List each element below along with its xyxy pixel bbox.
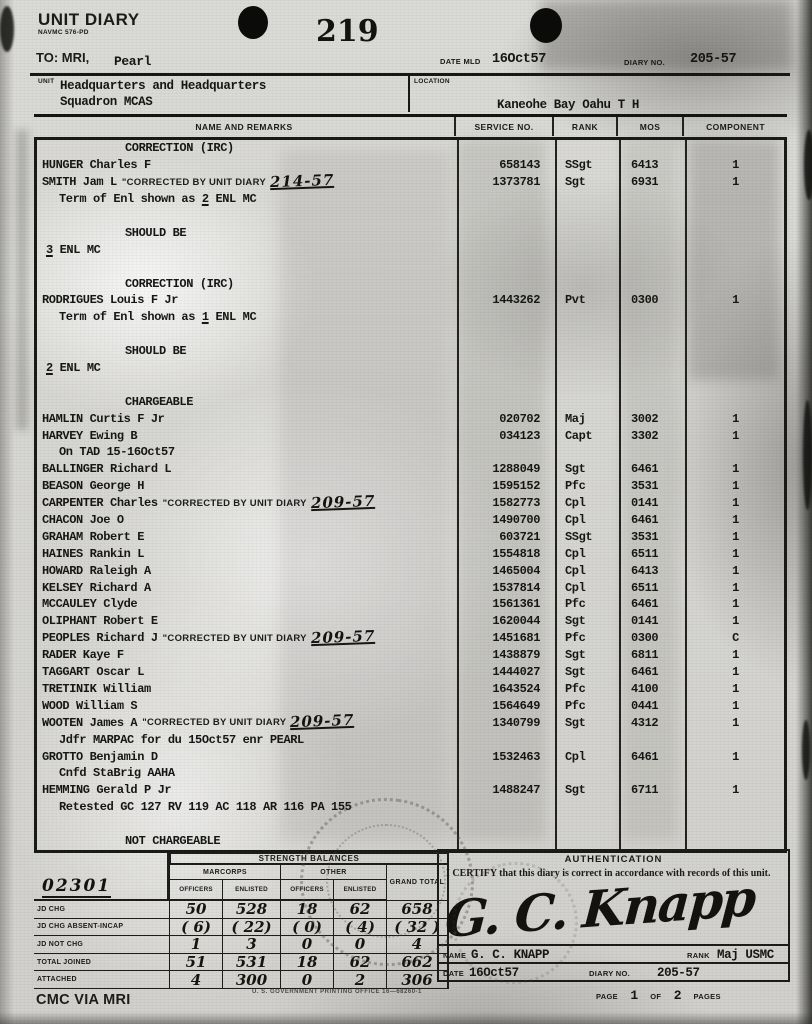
rank-cell: [555, 799, 619, 816]
component-cell: [685, 309, 784, 326]
scan-artifact: [804, 130, 812, 200]
roster-row: Term of Enl shown as 2 ENL MC: [37, 191, 784, 208]
component-cell: [685, 816, 784, 833]
rank-cell: SSgt: [555, 528, 619, 545]
component-cell: [685, 208, 784, 225]
strength-value: ( 4): [333, 919, 386, 937]
strength-value: 528: [222, 901, 280, 919]
roster-row: Retested GC 127 RV 119 AC 118 AR 116 PA …: [37, 799, 784, 816]
mos-cell: 6711: [619, 782, 685, 799]
corrected-diary-number: 214-57: [270, 175, 335, 190]
date-mld-value: 16Oct57: [492, 52, 546, 67]
mos-cell: 3531: [619, 478, 685, 495]
rank-cell: Cpl: [555, 495, 619, 512]
roster-row: HAMLIN Curtis F Jr020702Maj30021: [37, 410, 784, 427]
unit-name-line1: Headquarters and Headquarters: [60, 79, 266, 93]
component-cell: [685, 799, 784, 816]
component-cell: [685, 731, 784, 748]
mos-cell: [619, 326, 685, 343]
rank-cell: Pfc: [555, 681, 619, 698]
name-cell: CORRECTION (IRC): [37, 275, 457, 292]
roster-row: [37, 376, 784, 393]
roster-table: CORRECTION (IRC)HUNGER Charles F658143SS…: [34, 137, 787, 853]
service-no-cell: [457, 224, 555, 241]
component-cell: [685, 224, 784, 241]
component-cell: 1: [685, 579, 784, 596]
name-cell: WOOD William S: [37, 697, 457, 714]
rank-cell: Cpl: [555, 545, 619, 562]
rank-cell: Pfc: [555, 596, 619, 613]
mos-cell: [619, 833, 685, 850]
component-cell: 1: [685, 410, 784, 427]
rank-cell: [555, 309, 619, 326]
scan-artifact: [802, 720, 810, 780]
mos-cell: 0141: [619, 495, 685, 512]
component-cell: C: [685, 630, 784, 647]
component-cell: [685, 275, 784, 292]
service-no-cell: [457, 816, 555, 833]
roster-row: HOWARD Raleigh A1465004Cpl64131: [37, 562, 784, 579]
strength-value: 4: [169, 971, 222, 989]
service-no-cell: 1438879: [457, 647, 555, 664]
strength-row-label: ATTACHED: [34, 971, 169, 989]
name-cell: TAGGART Oscar L: [37, 664, 457, 681]
service-no-cell: 1340799: [457, 714, 555, 731]
name-cell: [37, 208, 457, 225]
service-no-cell: 1490700: [457, 512, 555, 529]
name-cell: CHACON Joe O: [37, 512, 457, 529]
mos-cell: 0141: [619, 613, 685, 630]
component-cell: [685, 191, 784, 208]
service-no-cell: [457, 444, 555, 461]
rank-cell: [555, 833, 619, 850]
mos-cell: 3302: [619, 427, 685, 444]
component-cell: 1: [685, 596, 784, 613]
mos-cell: [619, 224, 685, 241]
auth-title: AUTHENTICATION: [439, 854, 788, 865]
strength-value: 50: [169, 901, 222, 919]
of-label: OF: [650, 992, 661, 1001]
roster-row: HARVEY Ewing B034123Capt33021: [37, 427, 784, 444]
to-label: TO: MRI,: [36, 50, 89, 65]
mos-cell: [619, 393, 685, 410]
roster-row: CHACON Joe O1490700Cpl64611: [37, 512, 784, 529]
mos-cell: 6461: [619, 664, 685, 681]
roster-row: BEASON George H1595152Pfc35311: [37, 478, 784, 495]
pages-label: PAGES: [694, 992, 721, 1001]
service-no-cell: [457, 765, 555, 782]
group-header-other: OTHER: [280, 865, 386, 880]
component-cell: 1: [685, 647, 784, 664]
rank-cell: Sgt: [555, 613, 619, 630]
mos-cell: 6461: [619, 512, 685, 529]
name-cell: Term of Enl shown as 1 ENL MC: [37, 309, 457, 326]
rank-cell: Sgt: [555, 664, 619, 681]
service-no-cell: 1564649: [457, 697, 555, 714]
roster-row: CORRECTION (IRC): [37, 140, 784, 157]
col-header-name: NAME AND REMARKS: [34, 117, 454, 136]
roster-row: SHOULD BE: [37, 224, 784, 241]
mos-cell: 6511: [619, 579, 685, 596]
diary-no-value: 205-57: [690, 52, 736, 67]
form-title: UNIT DIARY: [38, 10, 140, 30]
component-cell: [685, 258, 784, 275]
mos-cell: [619, 799, 685, 816]
name-cell: HUNGER Charles F: [37, 157, 457, 174]
name-cell: HARVEY Ewing B: [37, 427, 457, 444]
rank-cell: [555, 393, 619, 410]
scan-artifact: [0, 6, 14, 52]
strength-value: 62: [333, 901, 386, 919]
service-no-cell: [457, 799, 555, 816]
date-mld-label: DATE MLD: [440, 57, 481, 66]
strength-row-label: JD CHG ABSENT-INCAP: [34, 919, 169, 937]
service-no-cell: 020702: [457, 410, 555, 427]
mos-cell: 6811: [619, 647, 685, 664]
service-no-cell: 1561361: [457, 596, 555, 613]
name-cell: WOOTEN James A"CORRECTED BY UNIT DIARY20…: [37, 714, 457, 731]
rank-cell: Cpl: [555, 562, 619, 579]
component-cell: 1: [685, 157, 784, 174]
strength-row-label: JD NOT CHG: [34, 936, 169, 954]
scan-artifact: [16, 130, 28, 430]
service-no-cell: [457, 393, 555, 410]
rank-cell: [555, 376, 619, 393]
name-cell: NOT CHARGEABLE: [37, 833, 457, 850]
strength-value: ( 6): [169, 919, 222, 937]
roster-row: [37, 258, 784, 275]
col-header-enlisted: ENLISTED: [222, 880, 280, 901]
mos-cell: 6461: [619, 748, 685, 765]
roster-row: WOOD William S1564649Pfc04411: [37, 697, 784, 714]
component-cell: 1: [685, 613, 784, 630]
name-cell: RADER Kaye F: [37, 647, 457, 664]
rank-cell: [555, 241, 619, 258]
diary-no-label: DIARY NO.: [624, 58, 665, 67]
name-cell: MCCAULEY Clyde: [37, 596, 457, 613]
corrected-stamp: "CORRECTED BY UNIT DIARY: [122, 177, 266, 188]
name-cell: HAINES Rankin L: [37, 545, 457, 562]
strength-value: ( 0): [280, 919, 333, 937]
strength-value: ( 22): [222, 919, 280, 937]
cmc-routing: CMC VIA MRI: [36, 992, 131, 1008]
corrected-stamp: "CORRECTED BY UNIT DIARY: [142, 717, 286, 728]
auth-diary-no-value: 205-57: [657, 966, 700, 980]
col-header-component: COMPONENT: [682, 117, 787, 136]
corrected-diary-number: 209-57: [311, 496, 376, 511]
rank-cell: Maj: [555, 410, 619, 427]
rank-cell: Sgt: [555, 714, 619, 731]
rank-cell: [555, 224, 619, 241]
service-no-cell: [457, 191, 555, 208]
strength-value: 0: [280, 936, 333, 954]
col-header-enlisted: ENLISTED: [333, 880, 386, 901]
col-header-officers: OFFICERS: [169, 880, 222, 901]
roster-row: SHOULD BE: [37, 343, 784, 360]
signature: G. C. Knapp: [443, 868, 756, 950]
component-cell: 1: [685, 664, 784, 681]
rank-cell: [555, 208, 619, 225]
rank-cell: [555, 275, 619, 292]
service-no-cell: 1620044: [457, 613, 555, 630]
service-no-cell: 1451681: [457, 630, 555, 647]
strength-value: 531: [222, 954, 280, 972]
mos-cell: [619, 360, 685, 377]
roster-row: BALLINGER Richard L1288049Sgt64611: [37, 461, 784, 478]
name-label: NAME: [443, 951, 466, 960]
service-no-cell: 658143: [457, 157, 555, 174]
roster-row: TRETINIK William1643524Pfc41001: [37, 681, 784, 698]
name-cell: [37, 326, 457, 343]
group-header-marcorps: MARCORPS: [169, 865, 280, 880]
mos-cell: 6931: [619, 174, 685, 191]
name-cell: [37, 258, 457, 275]
roster-row: SMITH Jam L"CORRECTED BY UNIT DIARY214-5…: [37, 174, 784, 191]
roster-row: CORRECTION (IRC): [37, 275, 784, 292]
service-no-cell: [457, 376, 555, 393]
mos-cell: 6511: [619, 545, 685, 562]
rank-cell: [555, 140, 619, 157]
roster-row: RADER Kaye F1438879Sgt68111: [37, 647, 784, 664]
roster-row: Term of Enl shown as 1 ENL MC: [37, 309, 784, 326]
page-number-stamp: 219: [316, 14, 379, 49]
roster-row: [37, 816, 784, 833]
authentication-box: AUTHENTICATION I CERTIFY that this diary…: [437, 849, 790, 982]
rank-cell: Sgt: [555, 782, 619, 799]
auth-diary-no-label: DIARY NO.: [589, 969, 630, 978]
rank-cell: Capt: [555, 427, 619, 444]
service-no-cell: 1443262: [457, 292, 555, 309]
location-label: LOCATION: [414, 78, 450, 85]
component-cell: 1: [685, 748, 784, 765]
location-value: Kaneohe Bay Oahu T H: [497, 98, 639, 112]
name-cell: BEASON George H: [37, 478, 457, 495]
roster-row: GROTTO Benjamin D1532463Cpl64611: [37, 748, 784, 765]
service-no-cell: [457, 258, 555, 275]
mos-cell: [619, 258, 685, 275]
roster-row: PEOPLES Richard J"CORRECTED BY UNIT DIAR…: [37, 630, 784, 647]
rule: [30, 73, 790, 76]
roster-row: NOT CHARGEABLE: [37, 833, 784, 850]
auth-date-row: DATE 16Oct57 DIARY NO. 205-57: [439, 962, 788, 982]
strength-value: 18: [280, 954, 333, 972]
name-cell: [37, 816, 457, 833]
name-cell: Cnfd StaBrig AAHA: [37, 765, 457, 782]
service-no-cell: [457, 241, 555, 258]
gpo-imprint: U. S. GOVERNMENT PRINTING OFFICE 16—6826…: [252, 989, 422, 995]
unit-diary-form: UNIT DIARY NAVMC 576-PD 219 TO: MRI, Pea…: [0, 0, 812, 1024]
scan-artifact: [0, 1012, 812, 1024]
name-cell: OLIPHANT Robert E: [37, 613, 457, 630]
mos-cell: [619, 275, 685, 292]
rank-cell: Sgt: [555, 647, 619, 664]
mos-cell: 6413: [619, 562, 685, 579]
strength-value: 18: [280, 901, 333, 919]
component-cell: 1: [685, 461, 784, 478]
col-header-mos: MOS: [616, 117, 682, 136]
mos-cell: [619, 444, 685, 461]
service-no-cell: 1595152: [457, 478, 555, 495]
mos-cell: [619, 309, 685, 326]
name-cell: Jdfr MARPAC for du 15Oct57 enr PEARL: [37, 731, 457, 748]
rank-cell: Cpl: [555, 512, 619, 529]
mos-cell: [619, 208, 685, 225]
component-cell: [685, 393, 784, 410]
strength-value: 3: [222, 936, 280, 954]
name-cell: PEOPLES Richard J"CORRECTED BY UNIT DIAR…: [37, 630, 457, 647]
name-cell: KELSEY Richard A: [37, 579, 457, 596]
component-cell: [685, 376, 784, 393]
punch-hole-icon: [530, 8, 562, 43]
rule: [408, 76, 410, 112]
pages-total: 2: [674, 988, 681, 1003]
corrected-diary-number: 209-57: [290, 715, 355, 730]
roster-row: [37, 326, 784, 343]
strength-row-label: JD CHG: [34, 901, 169, 919]
service-no-cell: [457, 833, 555, 850]
strength-table: 02301 STRENGTH BALANCES MARCORPS OTHER G…: [34, 852, 449, 989]
form-number: NAVMC 576-PD: [38, 29, 89, 36]
service-no-cell: [457, 360, 555, 377]
rank-cell: [555, 731, 619, 748]
service-no-cell: 1554818: [457, 545, 555, 562]
mos-cell: [619, 816, 685, 833]
service-no-cell: 1582773: [457, 495, 555, 512]
service-no-cell: 1532463: [457, 748, 555, 765]
roster-row: OLIPHANT Robert E1620044Sgt01411: [37, 613, 784, 630]
corrected-diary-number: 209-57: [311, 631, 376, 646]
name-cell: SHOULD BE: [37, 343, 457, 360]
rank-value: Maj USMC: [717, 948, 774, 962]
mos-cell: 0441: [619, 697, 685, 714]
component-cell: 1: [685, 528, 784, 545]
name-cell: GROTTO Benjamin D: [37, 748, 457, 765]
rank-cell: [555, 343, 619, 360]
mos-cell: 0300: [619, 630, 685, 647]
service-no-cell: [457, 326, 555, 343]
name-value: G. C. KNAPP: [471, 948, 549, 962]
mos-cell: 3002: [619, 410, 685, 427]
service-no-cell: 603721: [457, 528, 555, 545]
date-label: DATE: [443, 969, 464, 978]
service-no-cell: [457, 309, 555, 326]
name-cell: GRAHAM Robert E: [37, 528, 457, 545]
col-header-officers: OFFICERS: [280, 880, 333, 901]
mos-cell: 6461: [619, 461, 685, 478]
service-no-cell: 1288049: [457, 461, 555, 478]
page-label: PAGE: [596, 992, 618, 1001]
mos-cell: [619, 140, 685, 157]
component-cell: 1: [685, 714, 784, 731]
roster-row: CARPENTER Charles"CORRECTED BY UNIT DIAR…: [37, 495, 784, 512]
component-cell: 1: [685, 681, 784, 698]
service-no-cell: [457, 731, 555, 748]
service-no-cell: [457, 140, 555, 157]
punch-hole-icon: [238, 6, 268, 39]
strength-value: 51: [169, 954, 222, 972]
corrected-stamp: "CORRECTED BY UNIT DIARY: [163, 633, 307, 644]
roster-row: [37, 208, 784, 225]
component-cell: [685, 833, 784, 850]
strength-value: 0: [333, 936, 386, 954]
name-cell: BALLINGER Richard L: [37, 461, 457, 478]
name-cell: RODRIGUES Louis F Jr: [37, 292, 457, 309]
corrected-stamp: "CORRECTED BY UNIT DIARY: [163, 498, 307, 509]
rank-cell: [555, 444, 619, 461]
roster-row: 2 ENL MC: [37, 360, 784, 377]
mos-cell: [619, 376, 685, 393]
component-cell: 1: [685, 495, 784, 512]
roster-row: HUNGER Charles F658143SSgt64131: [37, 157, 784, 174]
rank-cell: Pfc: [555, 630, 619, 647]
name-cell: CHARGEABLE: [37, 393, 457, 410]
service-no-cell: 1465004: [457, 562, 555, 579]
rank-cell: [555, 360, 619, 377]
component-cell: 1: [685, 545, 784, 562]
unit-label: UNIT: [38, 78, 54, 85]
roster-row: HEMMING Gerald P Jr1488247Sgt67111: [37, 782, 784, 799]
component-cell: 1: [685, 174, 784, 191]
roster-row: GRAHAM Robert E603721SSgt35311: [37, 528, 784, 545]
service-no-cell: [457, 208, 555, 225]
component-cell: 1: [685, 782, 784, 799]
rank-cell: [555, 816, 619, 833]
mos-cell: 6461: [619, 596, 685, 613]
roster-row: 3 ENL MC: [37, 241, 784, 258]
service-no-cell: 034123: [457, 427, 555, 444]
rank-cell: Pfc: [555, 478, 619, 495]
component-cell: [685, 765, 784, 782]
mos-cell: 3531: [619, 528, 685, 545]
name-cell: Retested GC 127 RV 119 AC 118 AR 116 PA …: [37, 799, 457, 816]
component-cell: 1: [685, 292, 784, 309]
rank-cell: [555, 258, 619, 275]
name-cell: SMITH Jam L"CORRECTED BY UNIT DIARY214-5…: [37, 174, 457, 191]
auth-name-row: NAME G. C. KNAPP RANK Maj USMC: [439, 944, 788, 964]
strength-value: 300: [222, 971, 280, 989]
roster-header-row: NAME AND REMARKS SERVICE NO. RANK MOS CO…: [34, 114, 787, 136]
rank-cell: [555, 326, 619, 343]
name-cell: On TAD 15-16Oct57: [37, 444, 457, 461]
service-no-cell: 1488247: [457, 782, 555, 799]
component-cell: [685, 444, 784, 461]
col-header-service-no: SERVICE NO.: [454, 117, 552, 136]
component-cell: [685, 241, 784, 258]
roster-row: WOOTEN James A"CORRECTED BY UNIT DIARY20…: [37, 714, 784, 731]
unit-name-line2: Squadron MCAS: [60, 95, 152, 109]
roster-row: KELSEY Richard A1537814Cpl65111: [37, 579, 784, 596]
rank-cell: Sgt: [555, 174, 619, 191]
roster-row: CHARGEABLE: [37, 393, 784, 410]
name-cell: [37, 376, 457, 393]
service-no-cell: [457, 275, 555, 292]
scan-artifact: [540, 0, 792, 70]
strength-stub-cell: 02301: [34, 852, 169, 901]
col-header-rank: RANK: [552, 117, 616, 136]
page-number: 1: [630, 988, 637, 1003]
rank-cell: Sgt: [555, 461, 619, 478]
name-cell: SHOULD BE: [37, 224, 457, 241]
service-no-cell: 1537814: [457, 579, 555, 596]
rank-cell: [555, 765, 619, 782]
roster-row: RODRIGUES Louis F Jr1443262Pvt03001: [37, 292, 784, 309]
strength-value: 2: [333, 971, 386, 989]
rank-cell: Pfc: [555, 697, 619, 714]
strength-title: STRENGTH BALANCES: [169, 852, 449, 865]
name-cell: 2 ENL MC: [37, 360, 457, 377]
roster-row: MCCAULEY Clyde1561361Pfc64611: [37, 596, 784, 613]
rank-label: RANK: [687, 951, 710, 960]
